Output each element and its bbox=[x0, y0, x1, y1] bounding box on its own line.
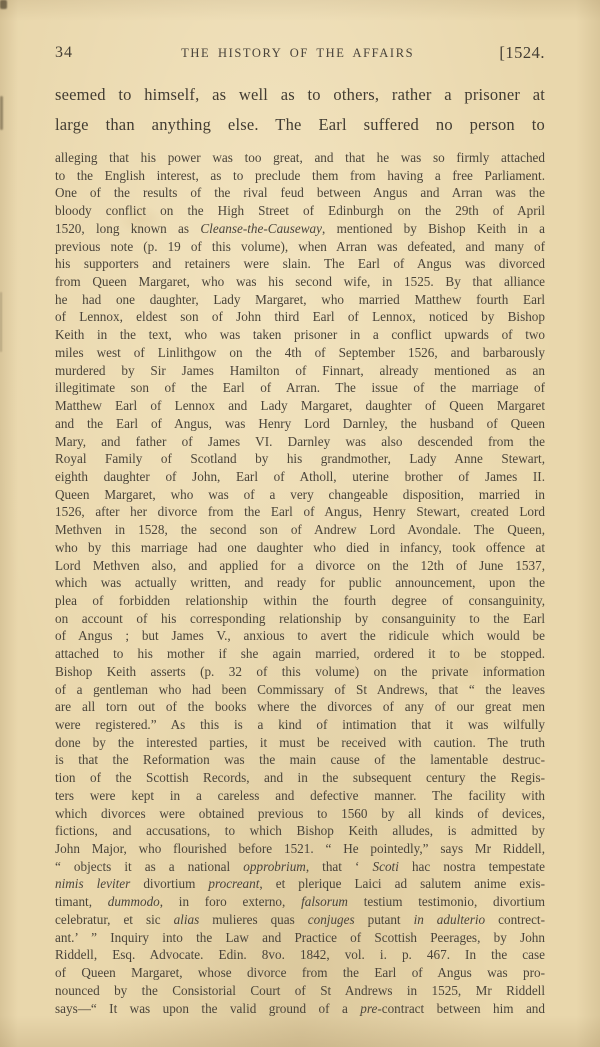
footnote-line: nimis leviter divortium procreant, et pl… bbox=[55, 875, 545, 893]
footnote-line: done by the interested parties, it must … bbox=[55, 734, 545, 752]
footnote-line: which divorces were obtained previous to… bbox=[55, 805, 545, 823]
footnote-line: were registered.” As this is a kind of i… bbox=[55, 716, 545, 734]
body-text-line: seemed to himself, as well as to others,… bbox=[55, 80, 545, 110]
page-header: 34 THE HISTORY OF THE AFFAIRS [1524. bbox=[55, 44, 545, 64]
footnote-line: bloody conflict on the High Street of Ed… bbox=[55, 202, 545, 220]
footnote-line: One of the results of the rival feud bet… bbox=[55, 184, 545, 202]
footnote-line: he had one daughter, Lady Margaret, who … bbox=[55, 291, 545, 309]
footnote-line: illegitimate son of the Earl of Arran. T… bbox=[55, 379, 545, 397]
footnote-line: of Angus ; but James V., anxious to aver… bbox=[55, 627, 545, 645]
footnote-text: alleging that his power was too great, a… bbox=[55, 149, 545, 1017]
footnote-line: to the English interest, as to preclude … bbox=[55, 167, 545, 185]
footnote-line: of Lennox, eldest son of John third Earl… bbox=[55, 308, 545, 326]
page-number: 34 bbox=[55, 44, 73, 62]
footnote-line: ant.’ ” Inquiry into the Law and Practic… bbox=[55, 929, 545, 947]
footnote-line: celebratur, et sic alias mulieres quas c… bbox=[55, 911, 545, 929]
footnote-line: of a gentleman who had been Commissary o… bbox=[55, 681, 545, 699]
footnote-line: tion of the Scottish Records, and in the… bbox=[55, 769, 545, 787]
footnote-line: John Major, who flourished before 1521. … bbox=[55, 840, 545, 858]
margin-date-marker: [1524. bbox=[499, 43, 545, 63]
book-page-scan: 34 THE HISTORY OF THE AFFAIRS [1524. see… bbox=[0, 0, 600, 1047]
footnote-line: Matthew Earl of Lennox and Lady Margaret… bbox=[55, 397, 545, 415]
footnote-line: on account of his corresponding relation… bbox=[55, 610, 545, 628]
footnote-line: says—“ It was upon the valid ground of a… bbox=[55, 1000, 545, 1018]
footnote-line: which was actually written, and ready fo… bbox=[55, 574, 545, 592]
scan-edge-artifact bbox=[0, 292, 2, 352]
footnote-line: Royal Family of Scotland by his grandmot… bbox=[55, 450, 545, 468]
footnote-line: from Queen Margaret, who was his second … bbox=[55, 273, 545, 291]
footnote-line: ters were kept in a careless and defecti… bbox=[55, 787, 545, 805]
scan-edge-artifact bbox=[0, 0, 7, 9]
body-text-line: large than anything else. The Earl suffe… bbox=[55, 110, 545, 140]
footnote-line: who by this marriage had one daughter wh… bbox=[55, 539, 545, 557]
footnote-line: murdered by Sir James Hamilton of Finnar… bbox=[55, 362, 545, 380]
footnote-line: Methven in 1528, the second son of Andre… bbox=[55, 521, 545, 539]
footnote-line: fictions, and accusations, to which Bish… bbox=[55, 822, 545, 840]
footnote-line: his supporters and retainers were slain.… bbox=[55, 255, 545, 273]
scan-edge-artifact bbox=[0, 96, 3, 130]
footnote-line: “ objects it as a national opprobrium, t… bbox=[55, 858, 545, 876]
main-body-text: seemed to himself, as well as to others,… bbox=[55, 80, 545, 140]
footnote-line: Keith in the text, who was taken prisone… bbox=[55, 326, 545, 344]
footnote-line: Bishop Keith asserts (p. 32 of this volu… bbox=[55, 663, 545, 681]
footnote-line: miles west of Linlithgow on the 4th of S… bbox=[55, 344, 545, 362]
footnote-line: 1526, after her divorce from the Earl of… bbox=[55, 503, 545, 521]
footnote-line: 1520, long known as Cleanse-the-Causeway… bbox=[55, 220, 545, 238]
footnote-line: eighth daughter of John, Earl of Atholl,… bbox=[55, 468, 545, 486]
footnote-line: Queen Margaret, who was of a very change… bbox=[55, 486, 545, 504]
footnote-line: previous note (p. 19 of this volume), wh… bbox=[55, 238, 545, 256]
footnote-line: are all torn out of the books where the … bbox=[55, 698, 545, 716]
footnote-line: is that the Reformation was the main cau… bbox=[55, 751, 545, 769]
running-title: THE HISTORY OF THE AFFAIRS bbox=[181, 46, 414, 61]
footnote-line: of Queen Margaret, whose divorce from th… bbox=[55, 964, 545, 982]
footnote-line: nounced by the Consistorial Court of St … bbox=[55, 982, 545, 1000]
footnote-line: timant, dummodo, in foro externo, falsor… bbox=[55, 893, 545, 911]
footnote-line: plea of forbidden relationship within th… bbox=[55, 592, 545, 610]
footnote-line: Mary, and father of James VI. Darnley wa… bbox=[55, 433, 545, 451]
footnote-line: Riddell, Esq. Advocate. Edin. 8vo. 1842,… bbox=[55, 946, 545, 964]
footnote-line: Lord Methven also, and applied for a div… bbox=[55, 557, 545, 575]
footnote-line: and the Earl of Angus, was Henry Lord Da… bbox=[55, 415, 545, 433]
footnote-line: alleging that his power was too great, a… bbox=[55, 149, 545, 167]
footnote-line: attached to his mother if she again marr… bbox=[55, 645, 545, 663]
